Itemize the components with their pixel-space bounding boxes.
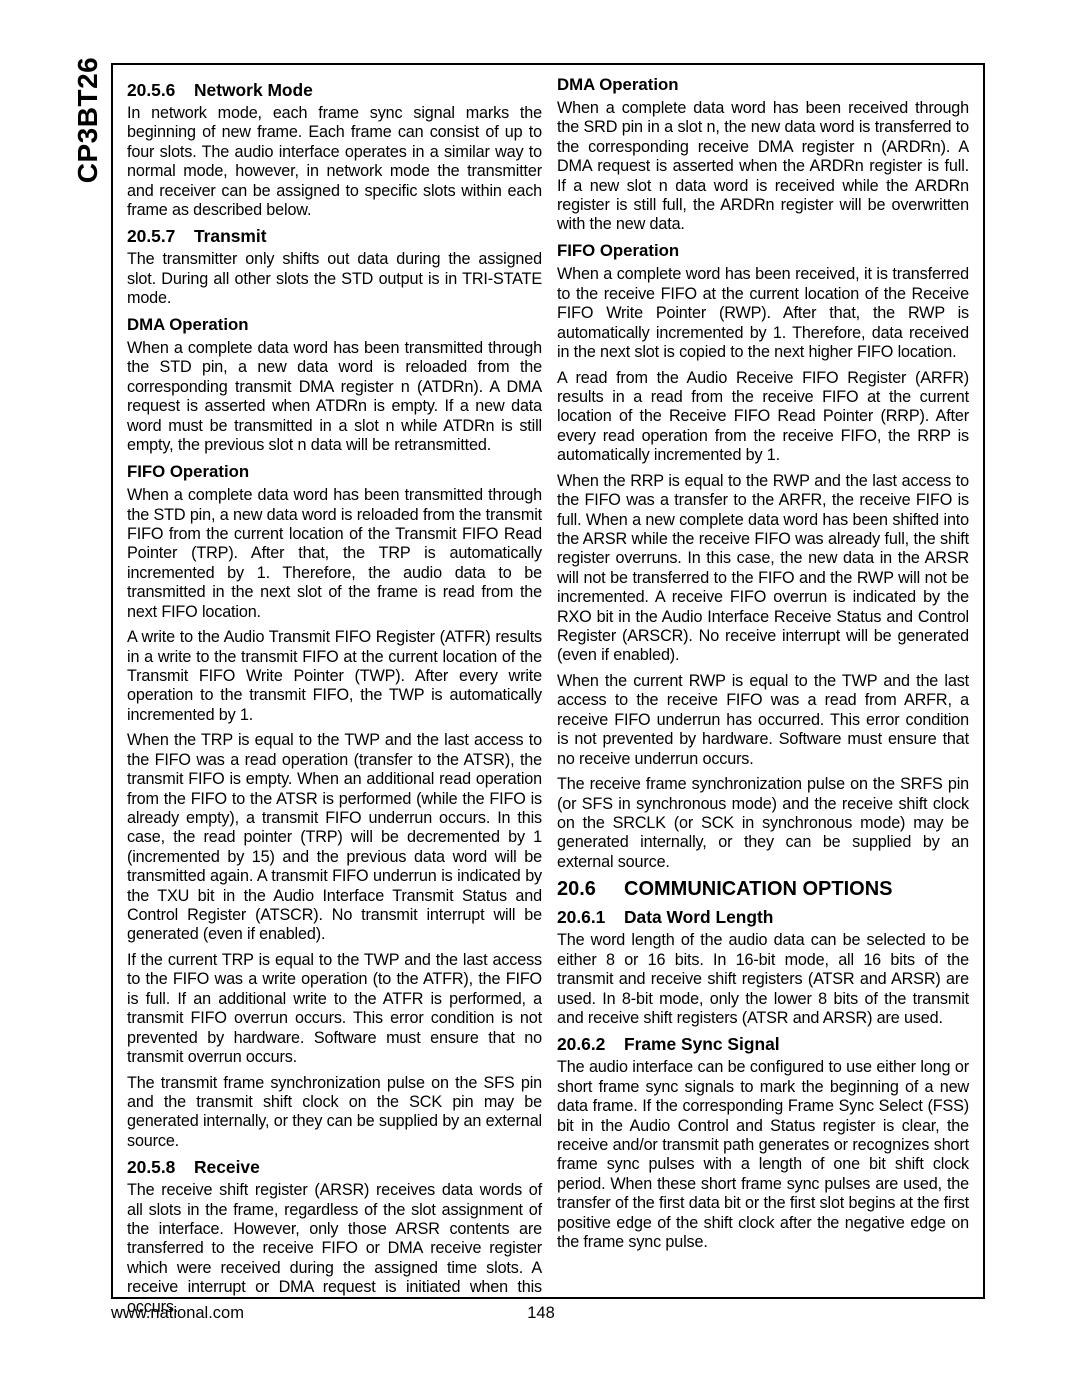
paragraph: The receive shift register (ARSR) receiv…	[127, 1181, 542, 1317]
paragraph: When the TRP is equal to the TWP and the…	[127, 731, 542, 944]
run-in-heading: FIFO Operation	[127, 462, 542, 481]
run-in-heading: DMA Operation	[127, 315, 542, 334]
paragraph: When a complete data word has been trans…	[127, 486, 542, 622]
paragraph: When a complete word has been received, …	[557, 265, 969, 362]
paragraph: The audio interface can be configured to…	[557, 1058, 969, 1252]
subsection-heading: 20.5.6Network Mode	[127, 81, 542, 100]
heading-title: Transmit	[194, 227, 542, 246]
subsection-heading: 20.6.2Frame Sync Signal	[557, 1035, 969, 1054]
heading-number: 20.6.1	[557, 908, 624, 927]
paragraph: The transmitter only shifts out data dur…	[127, 250, 542, 308]
paragraph: When a complete data word has been recei…	[557, 99, 969, 235]
run-in-heading: DMA Operation	[557, 75, 969, 94]
paragraph: In network mode, each frame sync signal …	[127, 104, 542, 220]
heading-title: Data Word Length	[624, 908, 969, 927]
subsection-heading: 20.6.1Data Word Length	[557, 908, 969, 927]
heading-number: 20.6	[557, 878, 624, 901]
footer-page-number: 148	[111, 1304, 971, 1323]
paragraph: If the current TRP is equal to the TWP a…	[127, 951, 542, 1067]
heading-title: Frame Sync Signal	[624, 1035, 969, 1054]
run-in-heading: FIFO Operation	[557, 241, 969, 260]
paragraph: A write to the Audio Transmit FIFO Regis…	[127, 628, 542, 725]
paragraph: The word length of the audio data can be…	[557, 931, 969, 1028]
subsection-heading: 20.5.7Transmit	[127, 227, 542, 246]
paragraph: A read from the Audio Receive FIFO Regis…	[557, 369, 969, 466]
datasheet-page: CP3BT26 20.5.6Network ModeIn network mod…	[0, 0, 1080, 1397]
heading-title: Network Mode	[194, 81, 542, 100]
heading-title: COMMUNICATION OPTIONS	[624, 878, 969, 901]
part-number-sidebar: CP3BT26	[72, 57, 104, 183]
subsection-heading: 20.5.8Receive	[127, 1158, 542, 1177]
heading-number: 20.6.2	[557, 1035, 624, 1054]
right-column: DMA OperationWhen a complete data word h…	[557, 74, 969, 1259]
section-heading: 20.6COMMUNICATION OPTIONS	[557, 878, 969, 901]
heading-number: 20.5.8	[127, 1158, 194, 1177]
paragraph: When the RRP is equal to the RWP and the…	[557, 472, 969, 666]
paragraph: The receive frame synchronization pulse …	[557, 775, 969, 872]
heading-number: 20.5.7	[127, 227, 194, 246]
paragraph: When the current RWP is equal to the TWP…	[557, 672, 969, 769]
left-column: 20.5.6Network ModeIn network mode, each …	[127, 74, 542, 1323]
paragraph: The transmit frame synchronization pulse…	[127, 1074, 542, 1152]
heading-number: 20.5.6	[127, 81, 194, 100]
paragraph: When a complete data word has been trans…	[127, 339, 542, 455]
heading-title: Receive	[194, 1158, 542, 1177]
